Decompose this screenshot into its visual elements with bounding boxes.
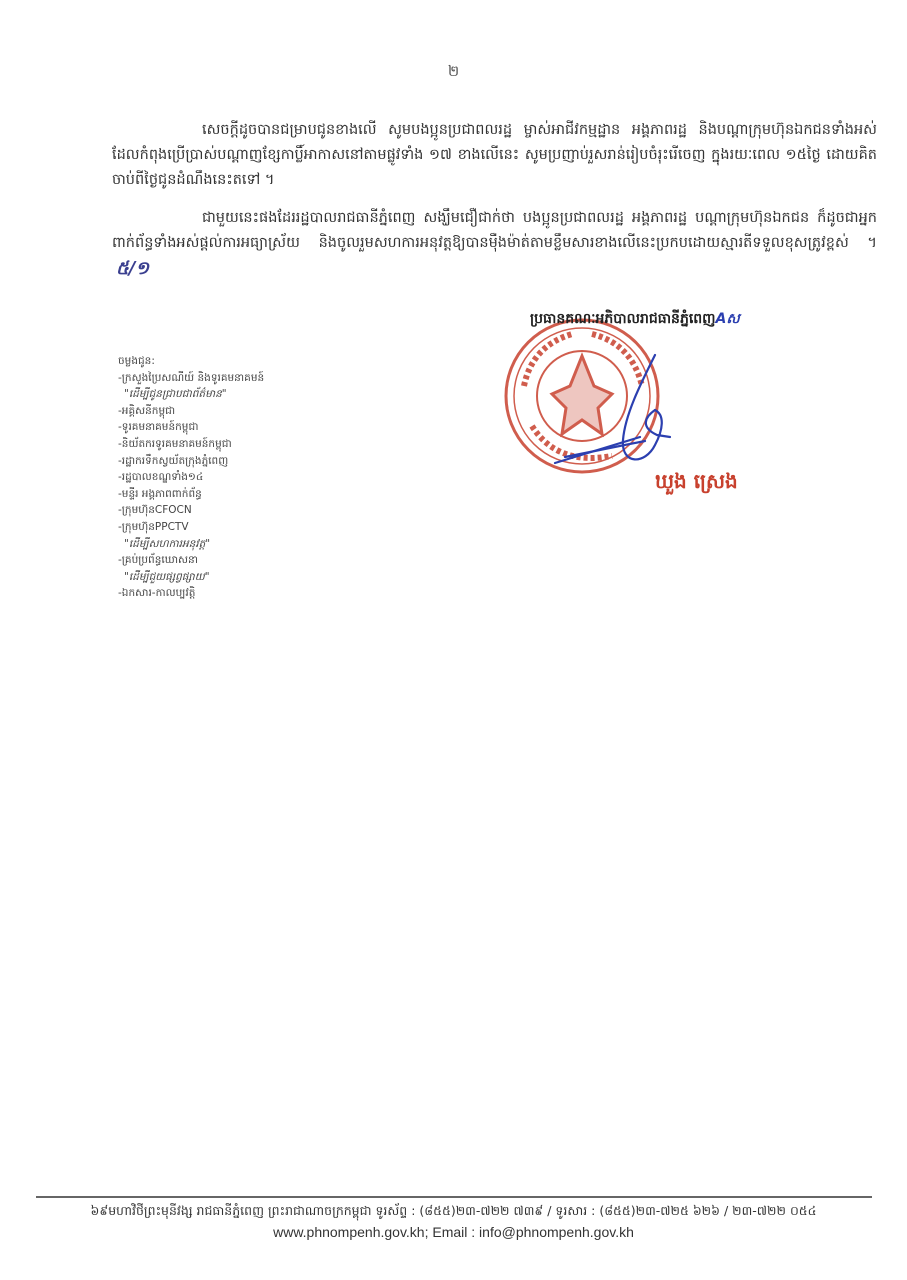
signatory-title: ប្រធានគណៈអភិបាលរាជធានីភ្នំពេញAស [530,309,740,330]
cc-recipient: -រដ្ឋាករទឹកស្វយ័តក្រុងភ្នំពេញ [118,453,264,470]
paragraph-2-text: ជាមួយនេះផងដែររដ្ឋបាលរាជធានីភ្នំពេញ សង្ឃឹ… [112,210,877,251]
cc-note: "ដើម្បីសហការអនុវត្ត" [118,536,264,553]
cc-list: ចម្លងជូន: -ក្រសួងប្រៃសណីយ៍ និងទូរគមនាគមន… [118,353,264,602]
signatory-title-text: ប្រធានគណៈអភិបាលរាជធានីភ្នំពេញ [530,311,716,327]
cc-recipient: -ក្រុមហ៊ុនPPCTV [118,519,264,536]
handwritten-mark: ៥/១ [116,256,149,281]
cc-recipient: -រដ្ឋបាលខណ្ឌទាំង១៤ [118,469,264,486]
cc-note: "ដើម្បីជួយផ្សព្វផ្សាយ" [118,569,264,586]
body-paragraph-1: សេចក្តីដូចបានជម្រាបជូនខាងលើ សូមបងប្អូនប្… [112,118,877,193]
cc-recipient: -អគ្គិសនីកម្ពុជា [118,403,264,420]
cc-recipient: -ក្រសួងប្រៃសណីយ៍ និងទូរគមនាគមន៍ [118,370,264,387]
signatory-initials: Aស [716,311,740,327]
cc-recipient: -និយ័តករទូរគមនាគមន៍កម្ពុជា [118,436,264,453]
page-number: ២ [0,62,907,84]
cc-recipient: -ឯកសារ-កាលប្បវត្តិ [118,585,264,602]
footer-divider [36,1196,872,1198]
handwritten-signature-icon [545,345,725,475]
paragraph-1-text: សេចក្តីដូចបានជម្រាបជូនខាងលើ សូមបងប្អូនប្… [112,122,877,188]
footer-contact-web: www.phnompenh.gov.kh; Email : info@phnom… [0,1224,907,1240]
cc-recipient: -គ្រប់ប្រព័ន្ធឃោសនា [118,552,264,569]
cc-recipient: -ក្រុមហ៊ុនCFOCN [118,502,264,519]
cc-note: "ដើម្បីជូនជ្រាបជាព័ត៌មាន" [118,386,264,403]
footer-address: ៦៩មហាវិថីព្រះមុនីវង្ស រាជធានីភ្នំពេញ ព្រ… [0,1203,907,1222]
cc-heading: ចម្លងជូន: [118,353,264,370]
body-paragraph-2: ជាមួយនេះផងដែររដ្ឋបាលរាជធានីភ្នំពេញ សង្ឃឹ… [112,206,877,283]
cc-recipient: -មន្ទីរ អង្គភាពពាក់ព័ន្ធ [118,486,264,503]
signer-name: ឃួង ស្រេង [655,468,738,498]
cc-recipient: -ទូរគមនាគមន៍កម្ពុជា [118,419,264,436]
cc-items: -ក្រសួងប្រៃសណីយ៍ និងទូរគមនាគមន៍"ដើម្បីជូ… [118,370,264,602]
